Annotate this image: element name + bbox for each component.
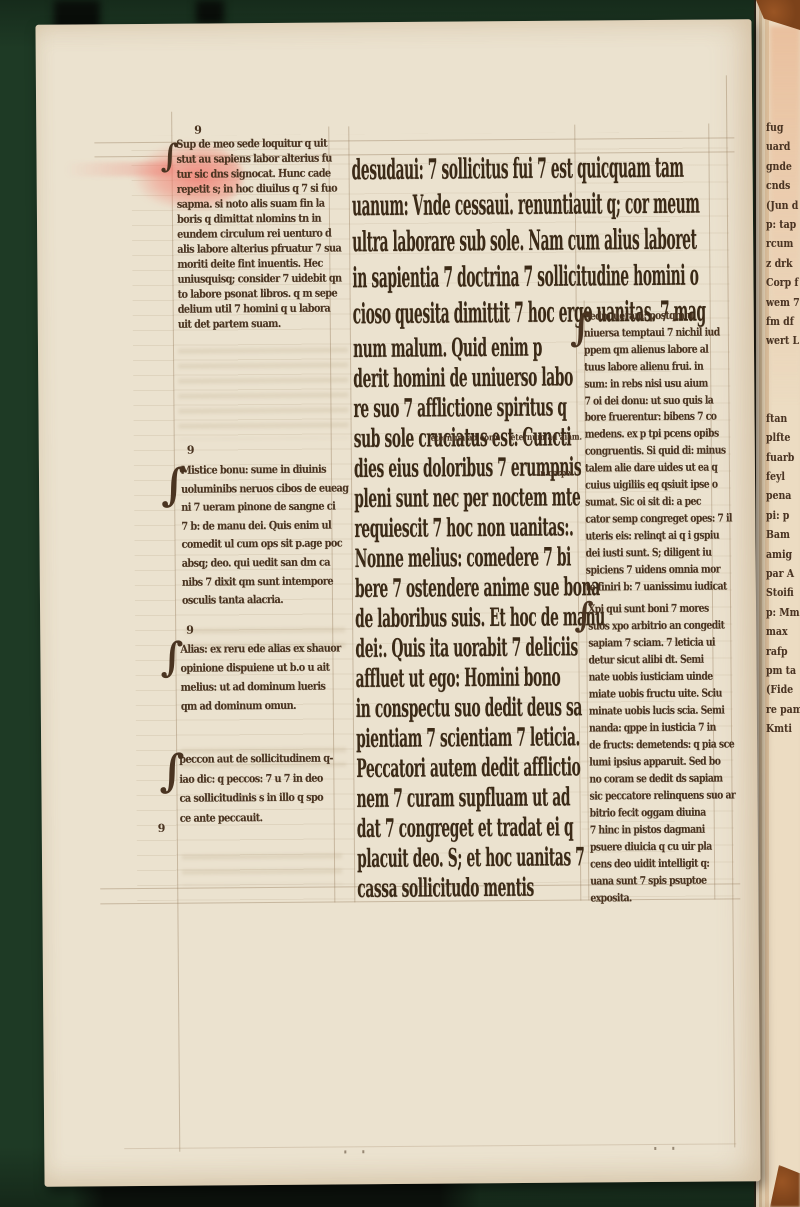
gloss-line: niuersa temptaui 7 nichil iud [584, 325, 702, 343]
main-text-line: dies eius doloribus 7 erumpnis [354, 452, 490, 486]
next-folio-text-line: pm ta [766, 661, 795, 680]
next-folio-text-line: p: Mm [766, 603, 795, 622]
main-text-line: Nonne melius: comedere 7 bi [355, 542, 491, 576]
gloss-line: peccon aut de sollicitudinem q- [179, 749, 325, 770]
gloss-curl-mark: 9 [187, 444, 195, 457]
main-text-line: re suo 7 afflictione spiritus q [353, 392, 489, 426]
next-folio-text-line: rafp [766, 642, 795, 661]
right-gloss-block-1: Sedm ueram: postqm uniuersa temptaui 7 n… [584, 307, 726, 595]
interlinear-gloss: In corpe. [537, 469, 573, 479]
gloss-curl-mark: 9 [158, 822, 166, 835]
gloss-line: uteris eis: relinqt ai q i gspiu [585, 527, 703, 545]
next-folio-text-line: fm df [766, 312, 795, 331]
gloss-line: nate uobis iusticiam uinde [589, 668, 707, 686]
next-folio-text-line: (Fide [766, 680, 795, 699]
manuscript-photo: fuguardgndecnds(Jun dp: taprcumz drkCorp… [0, 0, 800, 1207]
gloss-line: lumi ipsius apparuit. Sed bo [589, 753, 707, 771]
gloss-line: opinione dispuiene ut b.o u ait [180, 658, 326, 678]
pricking-mark [362, 1150, 364, 1153]
gloss-line: medens. ex p tpi pcens opibs [585, 426, 703, 444]
gloss-line: bore fruerentur: bibens 7 co [584, 409, 702, 427]
ruling-line-horizontal [124, 1143, 736, 1149]
next-folio-text-line: pena [766, 486, 795, 505]
show-through-patch [182, 844, 342, 885]
next-folio-text-line: p: tap [766, 215, 795, 234]
main-text-line: requiescit 7 hoc non uanitas:. [354, 512, 490, 546]
main-text-line: nem 7 curam supfluam ut ad [356, 782, 492, 816]
main-text-line: derit homini de uniuerso labo [353, 362, 489, 396]
next-folio-text-line [766, 739, 795, 758]
next-folio-text-line: wem 7 [766, 293, 795, 312]
gloss-line: qm ad dominum omun. [181, 696, 327, 716]
next-folio-text-line: z drk [766, 254, 795, 273]
gloss-line: 7 hinc in pistos dagmani [590, 821, 708, 839]
gloss-line: ce ante peccauit. [180, 807, 326, 828]
gloss-line: moriti deite fint inuentis. Hec [177, 256, 323, 272]
red-stain-streak [65, 162, 175, 177]
shadow-blot-top-center [196, 0, 224, 24]
next-folio-text-line: Corp f [766, 273, 795, 292]
gloss-line: Mistice bonu: sume in diuinis [181, 461, 327, 481]
gloss-line: psuere diuicia q cu uir pla [590, 838, 708, 856]
next-folio-text-line [766, 797, 795, 816]
gloss-line: sapma. si noto alis suam fin la [177, 196, 323, 212]
gloss-line: alis labore alterius pfruatur 7 sua [177, 241, 323, 257]
gloss-line: cens deo uidit intelligit q: [590, 855, 708, 873]
gloss-line: no coram se dedit ds sapiam [589, 770, 707, 788]
main-text-line: affluet ut ego: Homini bono [355, 662, 491, 696]
next-folio-text-line [766, 758, 795, 777]
left-gloss-block-4: peccon aut de sollicitudinem q-iao dic: … [179, 748, 346, 827]
next-folio-text-line: re pam [766, 700, 795, 719]
gloss-line: melius: ut ad dominum lueris [181, 677, 327, 697]
gloss-line: ni 7 ueram pinone de sangne ci [181, 498, 327, 518]
next-folio-text-line: fuarb [766, 448, 795, 467]
next-folio-text-line [766, 370, 795, 389]
main-text-narrow-block: num malum. Quid enim pderit homini de un… [353, 333, 583, 905]
main-text-wide-block: desudaui: 7 sollicitus fui 7 est quicqua… [351, 150, 672, 333]
gloss-line: spiciens 7 uidens omnia mor [586, 561, 704, 579]
gloss-line: Xpi qui sunt boni 7 mores [588, 600, 706, 618]
next-folio-text-line: gnde [766, 157, 795, 176]
gloss-line: tur sic dns signocat. Hunc cade [177, 166, 323, 182]
main-text-line: in conspectu suo dedit deus sa [356, 692, 492, 726]
gloss-line: boris q dimittat nlomins tn in [177, 211, 323, 227]
left-gloss-block-3: Alias: ex reru ede alias ex shauoropinio… [180, 638, 347, 715]
gloss-line: repetit s; in hoc diuilus q 7 si fuo [177, 181, 323, 197]
next-folio-text-line [766, 874, 795, 893]
gloss-line: iao dic: q peccos: 7 u 7 in deo [179, 768, 325, 789]
next-folio-text-line: uard [766, 137, 795, 156]
gloss-line: congruentis. Si quid di: minus [585, 443, 703, 461]
next-folio-text-line: max [766, 622, 795, 641]
gloss-line: uana sunt 7 spis psuptoe [590, 872, 708, 890]
next-folio-text-line: rcum [766, 234, 795, 253]
main-text-line: placuit deo. S; et hoc uanitas 7 [357, 842, 493, 876]
main-text-line: cassa sollicitudo mentis [357, 872, 493, 906]
gloss-line: ca sollicitudinis s in illo q spo [179, 788, 325, 809]
gloss-curl-mark: 9 [186, 624, 194, 637]
manuscript-page: 9 ∫ Sup de meo sede loquitur q uitstut a… [35, 19, 760, 1187]
gloss-line: eundem circulum rei uenturo d [177, 226, 323, 242]
next-folio-text-line: par A [766, 564, 795, 583]
next-folio-text-line [766, 389, 795, 408]
gloss-line: Sedm ueram: postqm u [584, 308, 702, 326]
next-folio-text-line: fug [766, 118, 795, 137]
gloss-line: detur sicut alibi dt. Semi [588, 651, 706, 669]
gloss-line: uoluminibs neruos cibos de eueag [181, 479, 327, 499]
gloss-line: 7 oi dei donu: ut suo quis la [584, 392, 702, 410]
next-folio-text-line: wert L [766, 331, 795, 350]
main-text-line: pientiam 7 scientiam 7 leticia. [356, 722, 492, 756]
main-text-line: dei:. Quis ita uorabit 7 deliciis [355, 632, 491, 666]
next-folio-text-line: pi: p [766, 506, 795, 525]
gloss-curl-mark: 9 [194, 124, 202, 137]
gloss-line: sumat. Sic oi sit di: a pec [585, 494, 703, 512]
next-folio-text-line: Stoifi [766, 583, 795, 602]
next-folio-text-line [766, 835, 795, 854]
gloss-line: sapiam 7 sciam. 7 leticia ui [588, 634, 706, 652]
gloss-line: Sup de meo sede loquitur q uit [176, 136, 322, 152]
main-text-line: num malum. Quid enim p [353, 332, 489, 366]
main-text-line: dat 7 congreget et tradat ei q [357, 812, 493, 846]
gloss-line: delium util 7 homini q u labora [178, 301, 324, 317]
show-through-patch [178, 338, 349, 439]
gloss-line: comedit ul cum ops sit p.age poc [181, 535, 327, 555]
pricking-mark [654, 1147, 656, 1150]
main-text-line: Peccatori autem dedit afflictio [356, 752, 492, 786]
gloss-line: tuus labore alienu frui. in [584, 358, 702, 376]
gloss-line: de fructs: demetends: q pia sce [589, 736, 707, 754]
main-text-line: cioso quesita dimittit 7 hoc ergo uanita… [353, 293, 529, 335]
next-folio-text-line [766, 777, 795, 796]
gloss-line: uit det partem suam. [178, 316, 324, 332]
next-folio-text-line: plfte [766, 428, 795, 447]
gloss-line: uniusquisq; consider 7 uidebit qn [177, 271, 323, 287]
gloss-line: absq; deo. qui uedit san dm ca [182, 554, 328, 574]
interlinear-gloss: eternum ad aiam. [511, 433, 582, 444]
pricking-mark [672, 1147, 674, 1150]
next-folio-text-line [766, 351, 795, 370]
gloss-line: nibs 7 dixit qm sunt intempore [182, 572, 328, 592]
gloss-line: Alias: ex reru ede alias ex shauor [180, 639, 326, 659]
main-text-line: de laboribus suis. Et hoc de manu [355, 602, 491, 636]
next-folio-text-line: Kmti [766, 719, 795, 738]
interlinear-gloss: eternum ad corp. [431, 433, 501, 444]
gloss-line: cator semp congreget opes: 7 il [585, 510, 703, 528]
gloss-line: dei iusti sunt. S; diligent iu [586, 544, 704, 562]
next-folio-text-line: (Jun d [766, 196, 795, 215]
next-folio-text-line: amig [766, 545, 795, 564]
gloss-line: bitrio fecit oggam diuina [590, 804, 708, 822]
gloss-line: exposita. [590, 889, 708, 907]
main-text-line: pleni sunt nec per noctem mte [354, 482, 490, 516]
right-gloss-block-2: Xpi qui sunt boni 7 moressuos xpo arbitr… [588, 599, 730, 906]
gloss-line: nanda: qppe in iusticia 7 in [589, 719, 707, 737]
gloss-line: ppem qm alienus labore al [584, 341, 702, 359]
left-gloss-block-1: Sup de meo sede loquitur q uitstut au sa… [176, 135, 344, 331]
main-text-line: bere 7 ostendere anime sue bona [355, 572, 491, 606]
next-folio-text-line: ftan [766, 409, 795, 428]
gloss-line: te finiri b: 7 uanissimu iudicat [586, 578, 704, 596]
gloss-line: stut au sapiens labor alterius fu [176, 151, 322, 167]
gloss-line: miate uobis fructu uite. Sciu [589, 685, 707, 703]
gloss-line: cuius uigiliis eq qsiuit ipse o [585, 477, 703, 495]
next-folio-text-line [766, 855, 795, 874]
gloss-line: suos xpo arbitrio an congedit [588, 617, 706, 635]
next-folio-text-line: feyl [766, 467, 795, 486]
next-folio-text-line: cnds [766, 176, 795, 195]
gloss-line: talem alie dare uides ut ea q [585, 460, 703, 478]
gloss-line: minate uobis lucis scia. Semi [589, 702, 707, 720]
gloss-line: osculis tanta alacria. [182, 591, 328, 611]
gloss-line: to labore psonat libros. q m sepe [178, 286, 324, 302]
next-folio-text-column: fuguardgndecnds(Jun dp: taprcumz drkCorp… [766, 118, 800, 894]
gloss-line: sic peccatore relinquens suo ar [589, 787, 707, 805]
gloss-line: sum: in rebs nisi usu aium [584, 375, 702, 393]
left-gloss-block-2: Mistice bonu: sume in diuinisuoluminibs … [181, 460, 348, 610]
next-folio-text-line [766, 816, 795, 835]
next-folio-text-line: Bam [766, 525, 795, 544]
pricking-mark [344, 1150, 346, 1153]
gloss-line: 7 b: de manu dei. Quis enim ul [181, 516, 327, 536]
